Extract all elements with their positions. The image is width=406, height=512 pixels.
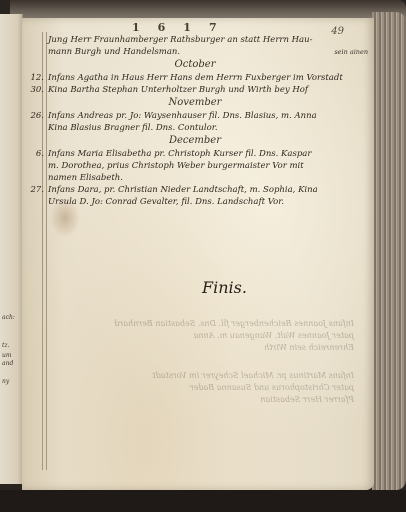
left-page-text: um (2, 352, 12, 359)
bleed-through-text: pater Joannes Walt. Wangenau m. Anna (52, 330, 354, 342)
month-heading: November (26, 96, 364, 110)
entry-text: Infans Maria Elisabetha pr. Christoph Ku… (48, 149, 311, 159)
entry-line: 27.Infans Dara, pr. Christian Nieder Lan… (26, 184, 364, 196)
finis-mark: Finis. (202, 278, 247, 297)
entry-line: Ursula D. Jo: Conrad Gevalter, fil. Dns.… (26, 196, 364, 208)
entry-text: Kina Blasius Bragner fil. Dns. Contulor. (48, 123, 218, 133)
entry-text: Infans Agatha in Haus Herr Hans dem Herr… (48, 73, 343, 83)
month-heading: December (26, 134, 364, 148)
entry-text: mann Burgh und Handelsman. (48, 47, 180, 57)
entry-line: namen Elisabeth. (26, 172, 364, 184)
entry-text: namen Elisabeth. (48, 173, 123, 183)
bleed-through-text: Ehrenreich sein Wirth (52, 342, 354, 354)
entry-date: 27. (26, 184, 44, 196)
left-page-text: ny (2, 378, 9, 385)
entry-line: Kina Blasius Bragner fil. Dns. Contulor. (26, 122, 364, 134)
entry-text: Kina Bartha Stephan Unterholtzer Burgh u… (48, 85, 308, 95)
entry-line: 12.Infans Agatha in Haus Herr Hans dem H… (26, 72, 364, 84)
entry-line: 6.Infans Maria Elisabetha pr. Christoph … (26, 148, 364, 160)
entry-text: m. Dorothea, prius Christoph Weber burge… (48, 161, 304, 171)
register-page: 1617 49 sein ainen Jung Herr Fraunhamber… (22, 18, 374, 490)
book-page-edges (372, 12, 406, 490)
left-page-text: and (2, 360, 13, 367)
bleed-through-text: pater Christophorus und Susanna Bader (52, 382, 354, 394)
entry-line: Jung Herr Fraunhamberger Rathsburger an … (26, 34, 364, 46)
entry-date: 12. (26, 72, 44, 84)
entry-date: 26. (26, 110, 44, 122)
entry-line: 30.Kina Bartha Stephan Unterholtzer Burg… (26, 84, 364, 96)
manuscript-photo: ach: tz. um and ny 1617 49 sein ainen Ju… (0, 0, 406, 512)
register-entries: Jung Herr Fraunhamberger Rathsburger an … (26, 34, 364, 208)
left-page-text: tz. (2, 342, 9, 349)
left-page-text: ach: (2, 314, 15, 321)
bleed-through-text: Pfarrer Herr Sebastian (52, 394, 354, 406)
entry-date: 30. (26, 84, 44, 96)
entry-text: Infans Dara, pr. Christian Nieder Landts… (48, 185, 318, 195)
month-heading: October (26, 58, 364, 72)
entry-line: m. Dorothea, prius Christoph Weber burge… (26, 160, 364, 172)
background-table (0, 490, 406, 512)
entry-line: mann Burgh und Handelsman. (26, 46, 364, 58)
entry-line: 26.Infans Andreas pr. Jo: Waysenhauser f… (26, 110, 364, 122)
entry-date: 6. (26, 148, 44, 160)
entry-text: Ursula D. Jo: Conrad Gevalter, fil. Dns.… (48, 197, 284, 207)
entry-text: Jung Herr Fraunhamberger Rathsburger an … (48, 35, 312, 45)
entry-text: Infans Andreas pr. Jo: Waysenhauser fil.… (48, 111, 317, 121)
bleed-through-text: Infans Martinus pr. Michael Scheyrer im … (52, 370, 354, 382)
left-page-fragment: ach: tz. um and ny (0, 14, 23, 484)
bleed-through-text: Infans Joannes Reichenberger fil. Dns. S… (52, 318, 354, 330)
year-header: 1617 (132, 21, 235, 34)
